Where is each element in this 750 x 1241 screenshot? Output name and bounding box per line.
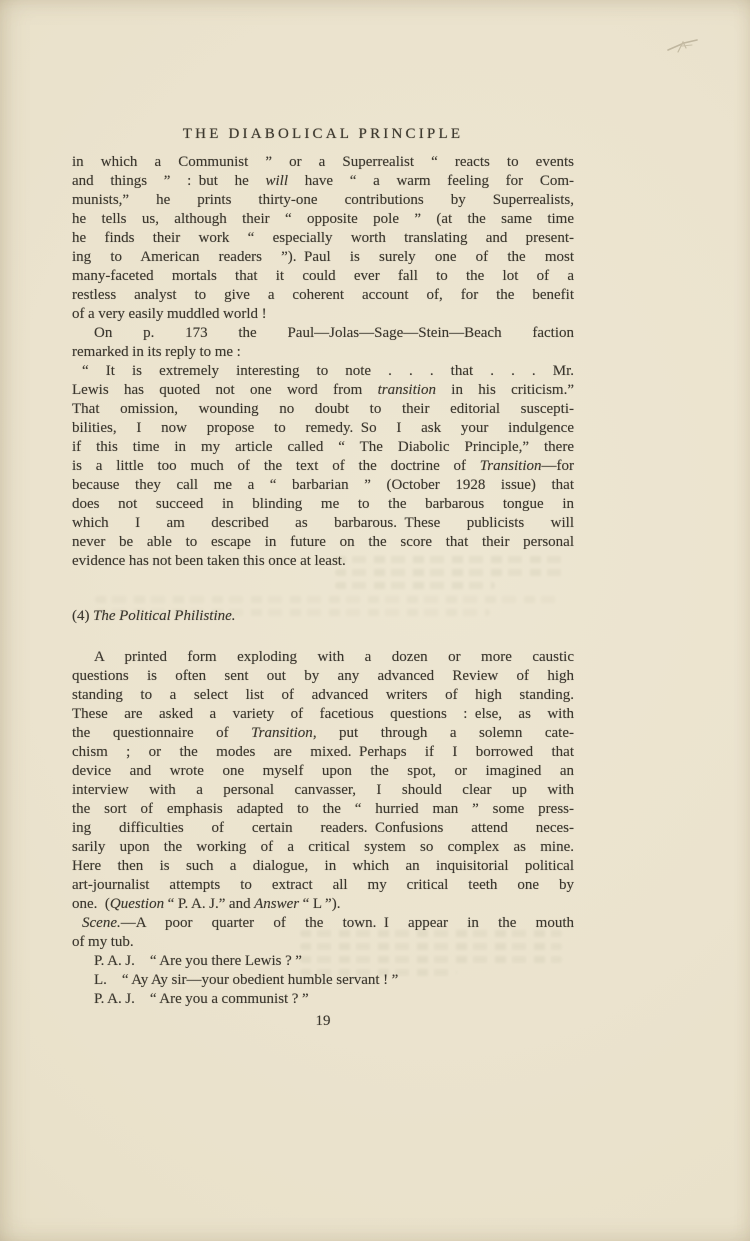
text-line: many-faceted mortals that it could ever … xyxy=(72,267,574,286)
text-line: L. “ Ay Ay sir—your obedient humble serv… xyxy=(72,971,574,990)
text-line: remarked in its reply to me : xyxy=(72,343,574,362)
text-line: standing to a select list of advanced wr… xyxy=(72,686,574,705)
text-line: Lewis has quoted not one word from trans… xyxy=(72,381,574,400)
text-line: does not succeed in blinding me to the b… xyxy=(72,495,574,514)
text-line: if this time in my article called “ The … xyxy=(72,438,574,457)
text-line: restless analyst to give a coherent acco… xyxy=(72,286,574,305)
section-heading: (4) The Political Philistine. xyxy=(72,607,574,626)
text-line: of my tub. xyxy=(72,933,574,952)
text-line: he finds their work “ especially worth t… xyxy=(72,229,574,248)
text-line: one. (Question “ P. A. J.” and Answer “ … xyxy=(72,895,574,914)
text-line: of a very easily muddled world ! xyxy=(72,305,574,324)
text-line: never be able to escape in future on the… xyxy=(72,533,574,552)
text-line: in which a Communist ” or a Superrealist… xyxy=(72,153,574,172)
text-block: in which a Communist ” or a Superrealist… xyxy=(72,153,574,1009)
text-line: he tells us, although their “ opposite p… xyxy=(72,210,574,229)
text-line: bilities, I now propose to remedy. So I … xyxy=(72,419,574,438)
text-line: because they call me a “ barbarian ” (Oc… xyxy=(72,476,574,495)
text-line: the sort of emphasis adapted to the “ hu… xyxy=(72,800,574,819)
text-line: questions is often sent out by any advan… xyxy=(72,667,574,686)
text-line: which I am described as barbarous. These… xyxy=(72,514,574,533)
text-line: That omission, wounding no doubt to thei… xyxy=(72,400,574,419)
text-line: “ It is extremely interesting to note . … xyxy=(72,362,574,381)
text-line: On p. 173 the Paul—Jolas—Sage—Stein—Beac… xyxy=(72,324,574,343)
text-line: and things ” : but he will have “ a warm… xyxy=(72,172,574,191)
text-line: the questionnaire of Transition, put thr… xyxy=(72,724,574,743)
text-line: munists,” he prints thirty-one contribut… xyxy=(72,191,574,210)
smudge-mark xyxy=(664,34,702,58)
text-line: chism ; or the modes are mixed. Perhaps … xyxy=(72,743,574,762)
text-line: P. A. J. “ Are you there Lewis ? ” xyxy=(72,952,574,971)
page-number: 19 xyxy=(72,1013,574,1030)
text-line: interview with a personal canvasser, I s… xyxy=(72,781,574,800)
text-line: P. A. J. “ Are you a communist ? ” xyxy=(72,990,574,1009)
text-line: Scene.—A poor quarter of the town. I app… xyxy=(72,914,574,933)
text-line: device and wrote one myself upon the spo… xyxy=(72,762,574,781)
text-line: These are asked a variety of facetious q… xyxy=(72,705,574,724)
text-line: Here then is such a dialogue, in which a… xyxy=(72,857,574,876)
text-line: is a little too much of the text of the … xyxy=(72,457,574,476)
text-line: ing difficulties of certain readers. Con… xyxy=(72,819,574,838)
text-line: art-journalist attempts to extract all m… xyxy=(72,876,574,895)
text-line: A printed form exploding with a dozen or… xyxy=(72,648,574,667)
text-line: sarily upon the working of a critical sy… xyxy=(72,838,574,857)
text-line: evidence has not been taken this once at… xyxy=(72,552,574,571)
running-header: THE DIABOLICAL PRINCIPLE xyxy=(72,126,574,143)
text-line: ing to American readers ”). Paul is sure… xyxy=(72,248,574,267)
book-page: THE DIABOLICAL PRINCIPLE in which a Comm… xyxy=(0,0,750,1241)
